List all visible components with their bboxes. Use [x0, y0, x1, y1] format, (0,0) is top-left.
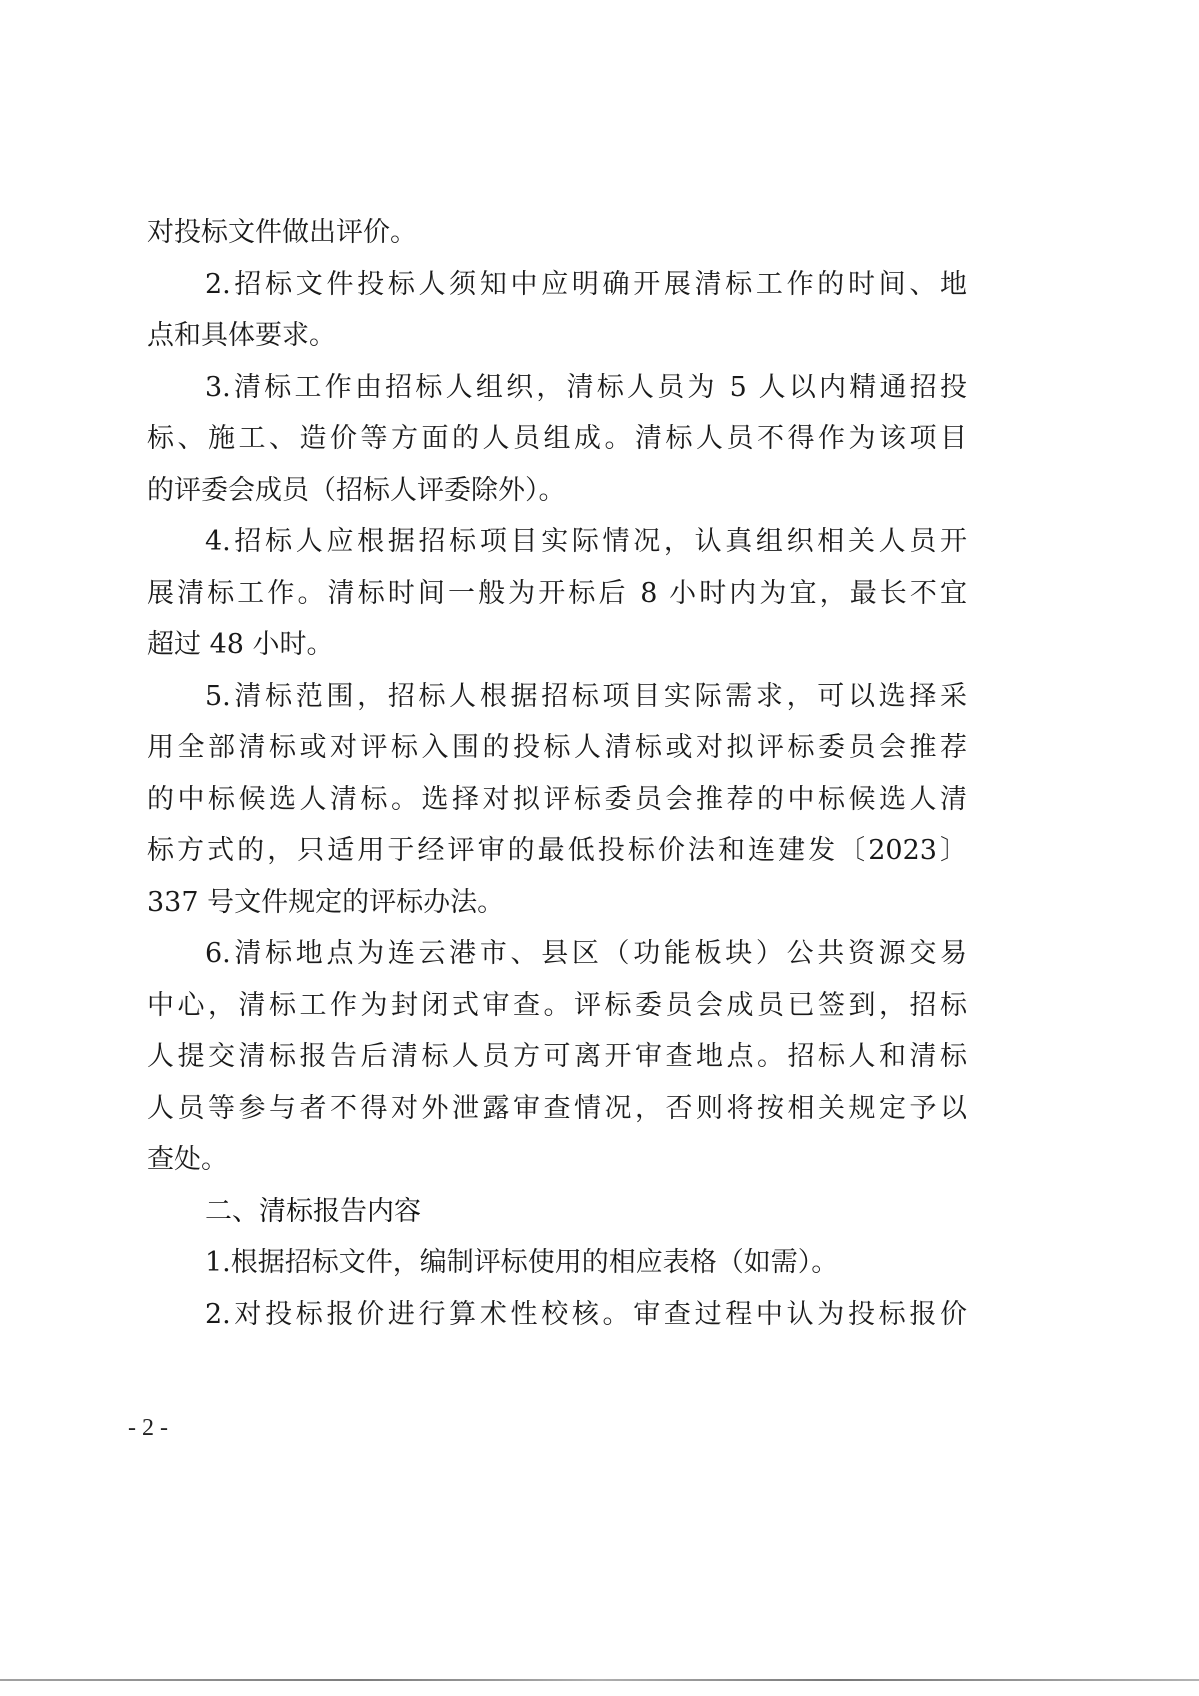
text-line: 标方式的，只适用于经评审的最低投标价法和连建发〔2023〕	[147, 825, 967, 877]
text-line: 4.招标人应根据招标项目实际情况，认真组织相关人员开	[147, 516, 967, 568]
text-line: 人员等参与者不得对外泄露审查情况，否则将按相关规定予以	[147, 1083, 967, 1135]
text-line: 中心，清标工作为封闭式审查。评标委员会成员已签到，招标	[147, 980, 967, 1032]
text-line: 3.清标工作由招标人组织，清标人员为 5 人以内精通招投	[147, 362, 967, 414]
text-line: 对投标文件做出评价。	[147, 207, 967, 259]
text-line: 人提交清标报告后清标人员方可离开审查地点。招标人和清标	[147, 1031, 967, 1083]
page-number: - 2 -	[128, 1415, 168, 1442]
text-line: 超过 48 小时。	[147, 619, 967, 671]
text-line: 展清标工作。清标时间一般为开标后 8 小时内为宜，最长不宜	[147, 568, 967, 620]
text-line: 2.招标文件投标人须知中应明确开展清标工作的时间、地	[147, 259, 967, 311]
document-page: 对投标文件做出评价。 2.招标文件投标人须知中应明确开展清标工作的时间、地 点和…	[0, 0, 1199, 1696]
scan-edge-rule	[0, 1679, 1199, 1681]
text-line: 的中标候选人清标。选择对拟评标委员会推荐的中标候选人清	[147, 774, 967, 826]
text-line: 点和具体要求。	[147, 310, 967, 362]
section-heading: 二、清标报告内容	[147, 1186, 967, 1238]
text-line: 2.对投标报价进行算术性校核。审查过程中认为投标报价	[147, 1289, 967, 1341]
text-line: 5.清标范围，招标人根据招标项目实际需求，可以选择采	[147, 671, 967, 723]
text-line: 1.根据招标文件，编制评标使用的相应表格（如需）。	[147, 1237, 967, 1289]
text-line: 标、施工、造价等方面的人员组成。清标人员不得作为该项目	[147, 413, 967, 465]
text-line: 6.清标地点为连云港市、县区（功能板块）公共资源交易	[147, 928, 967, 980]
text-line: 用全部清标或对评标入围的投标人清标或对拟评标委员会推荐	[147, 722, 967, 774]
text-line: 337 号文件规定的评标办法。	[147, 877, 967, 929]
body-text: 对投标文件做出评价。 2.招标文件投标人须知中应明确开展清标工作的时间、地 点和…	[147, 207, 967, 1340]
text-line: 查处。	[147, 1134, 967, 1186]
text-line: 的评委会成员（招标人评委除外）。	[147, 465, 967, 517]
